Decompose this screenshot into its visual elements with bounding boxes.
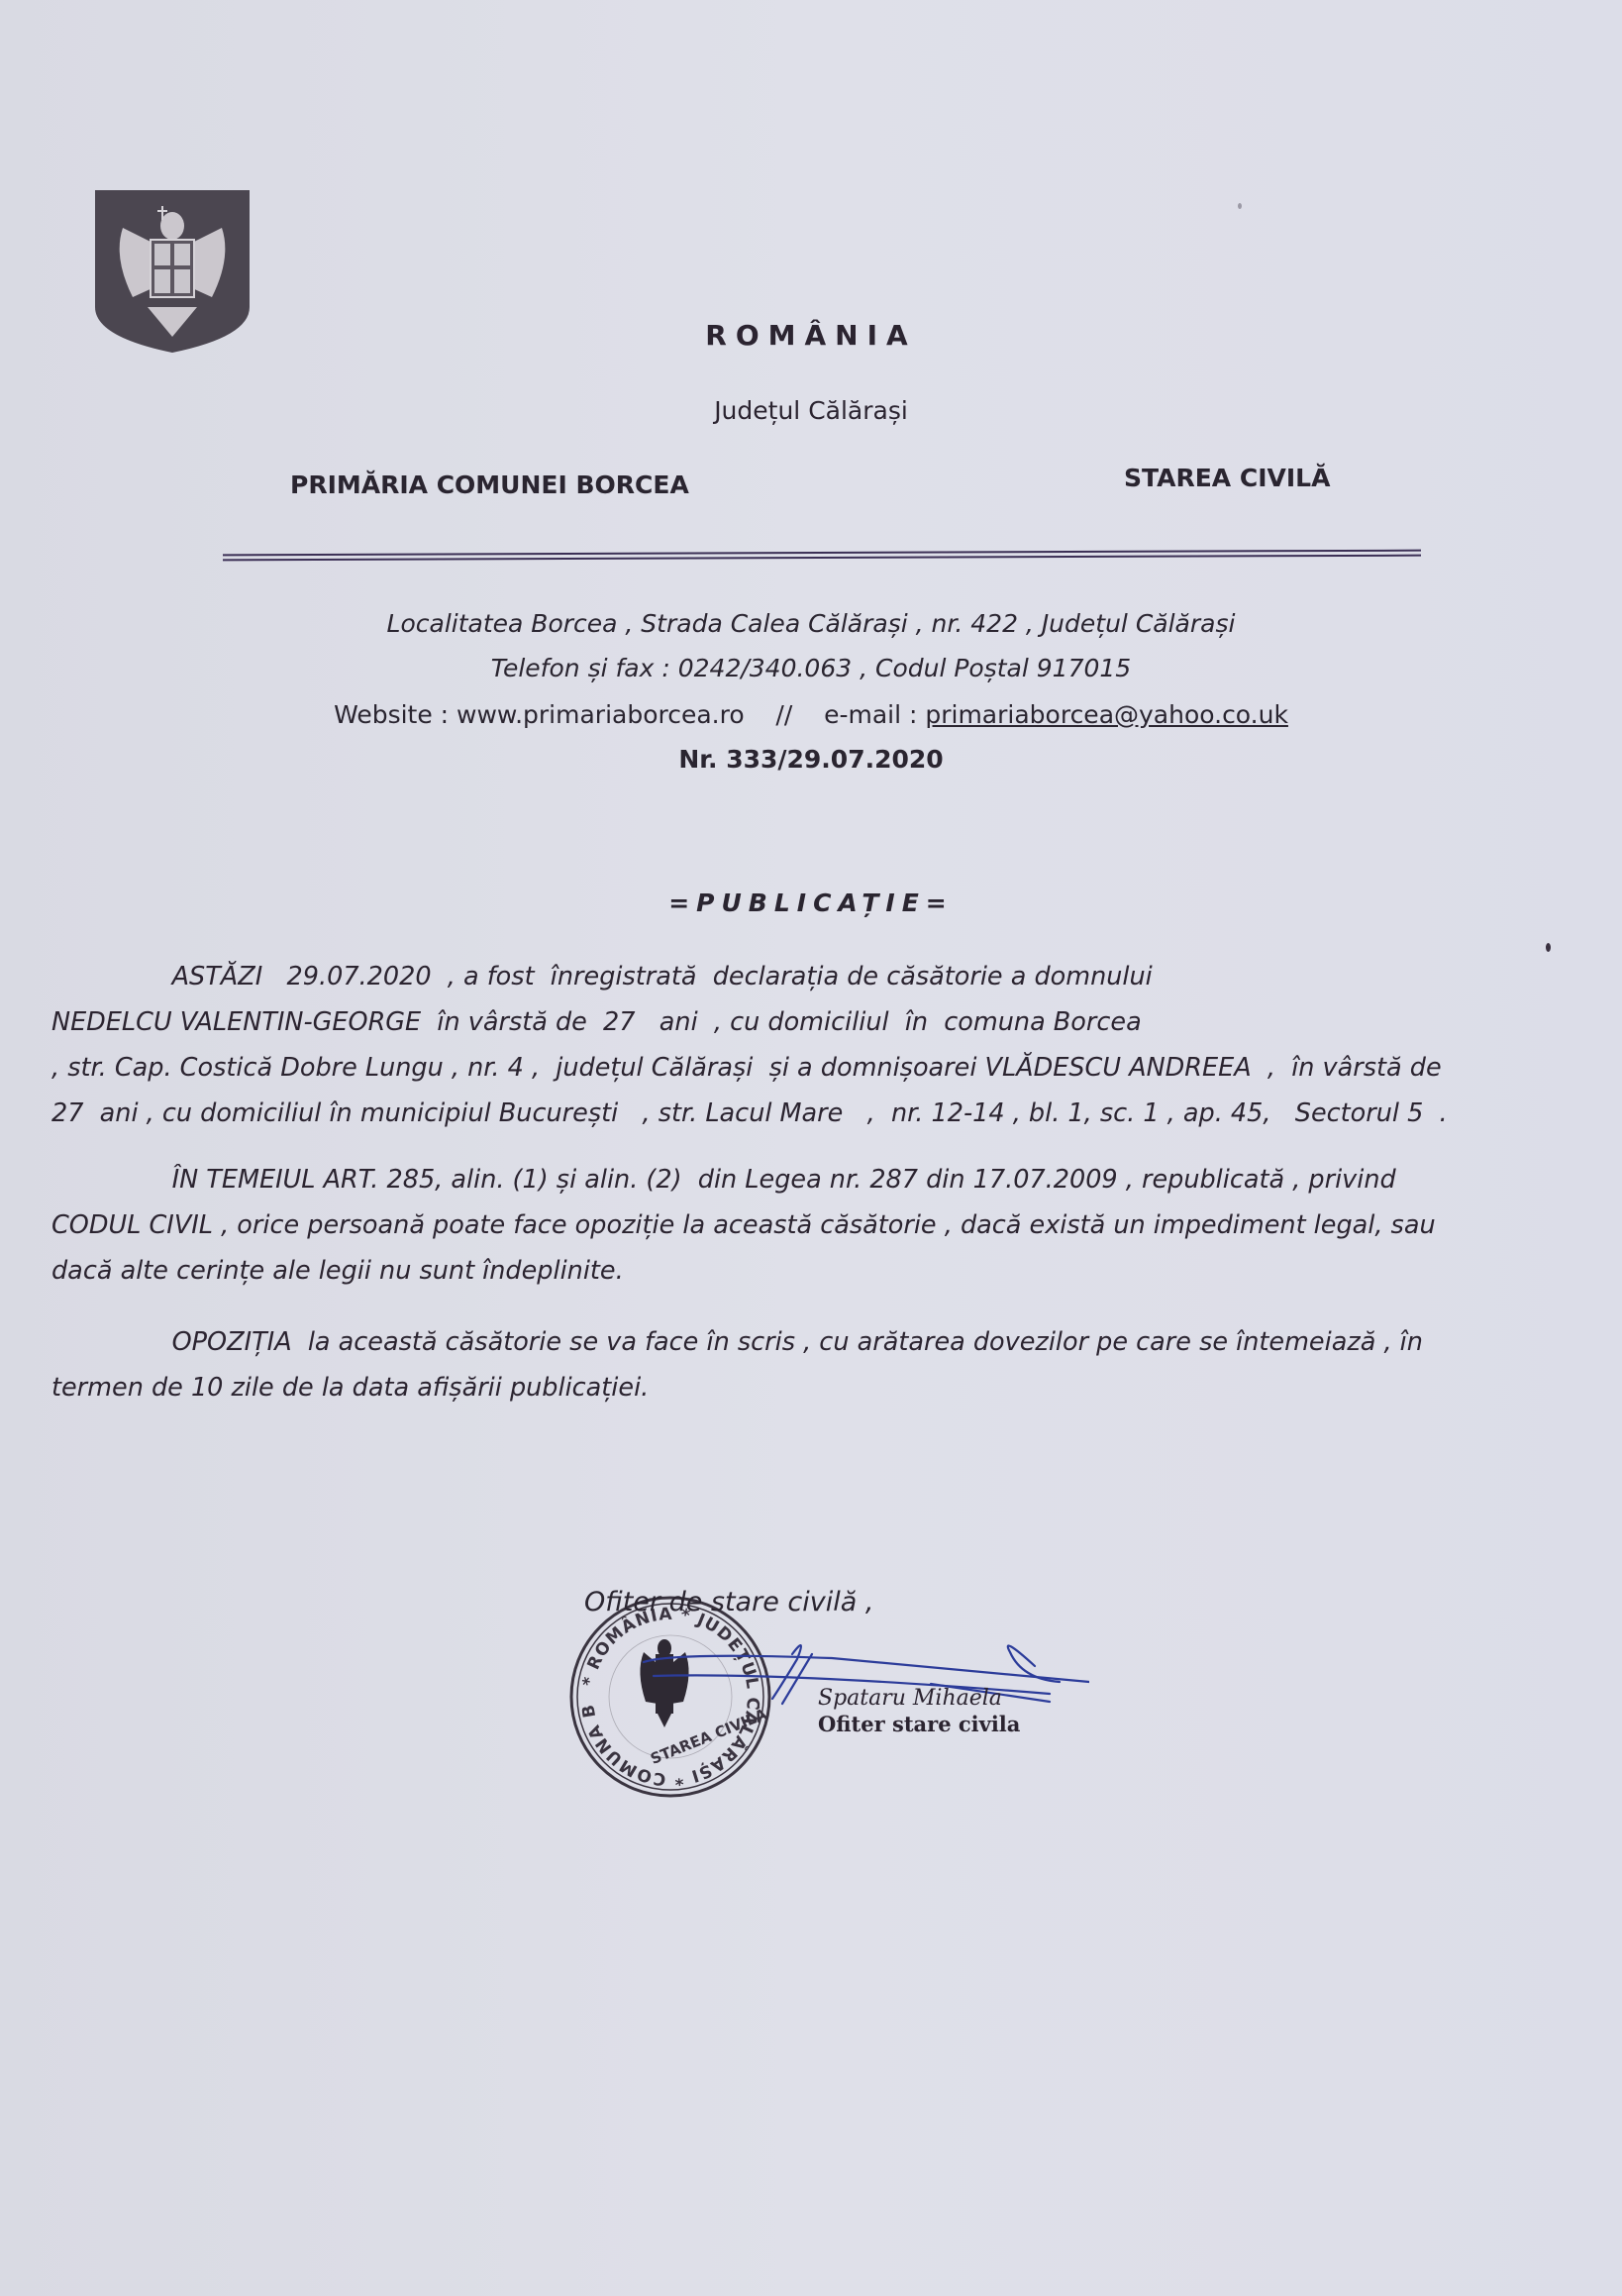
scan-speck	[1546, 943, 1551, 952]
paragraph-line: , str. Cap. Costică Dobre Lungu , nr. 4 …	[51, 1045, 1517, 1091]
country-heading: ROMÂNIA	[0, 319, 1622, 352]
paragraph-line: termen de 10 zile de la data afișării pu…	[51, 1365, 1517, 1410]
county-name: Județul Călărași	[0, 396, 1622, 425]
paragraph-line: NEDELCU VALENTIN-GEORGE în vârstă de 27 …	[51, 999, 1517, 1045]
paragraph-line: ÎN TEMEIUL ART. 285, alin. (1) și alin. …	[51, 1157, 1517, 1202]
paragraph-line: OPOZIȚIA la această căsătorie se va face…	[51, 1319, 1517, 1365]
officer-label: Ofiter de stare civilă ,	[584, 1587, 873, 1618]
scan-speck	[1238, 203, 1242, 209]
header-divider	[223, 550, 1421, 563]
legal-basis-paragraph: ÎN TEMEIUL ART. 285, alin. (1) și alin. …	[51, 1157, 1517, 1294]
institution-name: PRIMĂRIA COMUNEI BORCEA	[290, 470, 689, 499]
opposition-paragraph: OPOZIȚIA la această căsătorie se va face…	[51, 1319, 1517, 1410]
signer-title: Ofiter stare civila	[818, 1712, 1020, 1736]
web-contact-line: Website : www.primariaborcea.ro // e-mai…	[0, 700, 1622, 729]
paragraph-line: dacă alte cerințe ale legii nu sunt înde…	[51, 1248, 1517, 1294]
email-link[interactable]: primariaborcea@yahoo.co.uk	[925, 700, 1288, 729]
registration-number: Nr. 333/29.07.2020	[0, 745, 1622, 774]
paragraph-line: ASTĂZI 29.07.2020 , a fost înregistrată …	[51, 954, 1517, 999]
declaration-paragraph: ASTĂZI 29.07.2020 , a fost înregistrată …	[51, 954, 1517, 1136]
document-title: =PUBLICAȚIE=	[0, 888, 1622, 917]
department-name: STAREA CIVILĂ	[1124, 464, 1330, 492]
paragraph-line: 27 ani , cu domiciliul în municipiul Buc…	[51, 1091, 1517, 1136]
paragraph-line: CODUL CIVIL , orice persoană poate face …	[51, 1202, 1517, 1248]
address-line: Localitatea Borcea , Strada Calea Călăra…	[0, 609, 1622, 638]
signer-name: Spataru Mihaela	[818, 1686, 1002, 1711]
phone-line: Telefon și fax : 0242/340.063 , Codul Po…	[0, 654, 1622, 682]
website-text: Website : www.primariaborcea.ro // e-mai…	[334, 700, 925, 729]
